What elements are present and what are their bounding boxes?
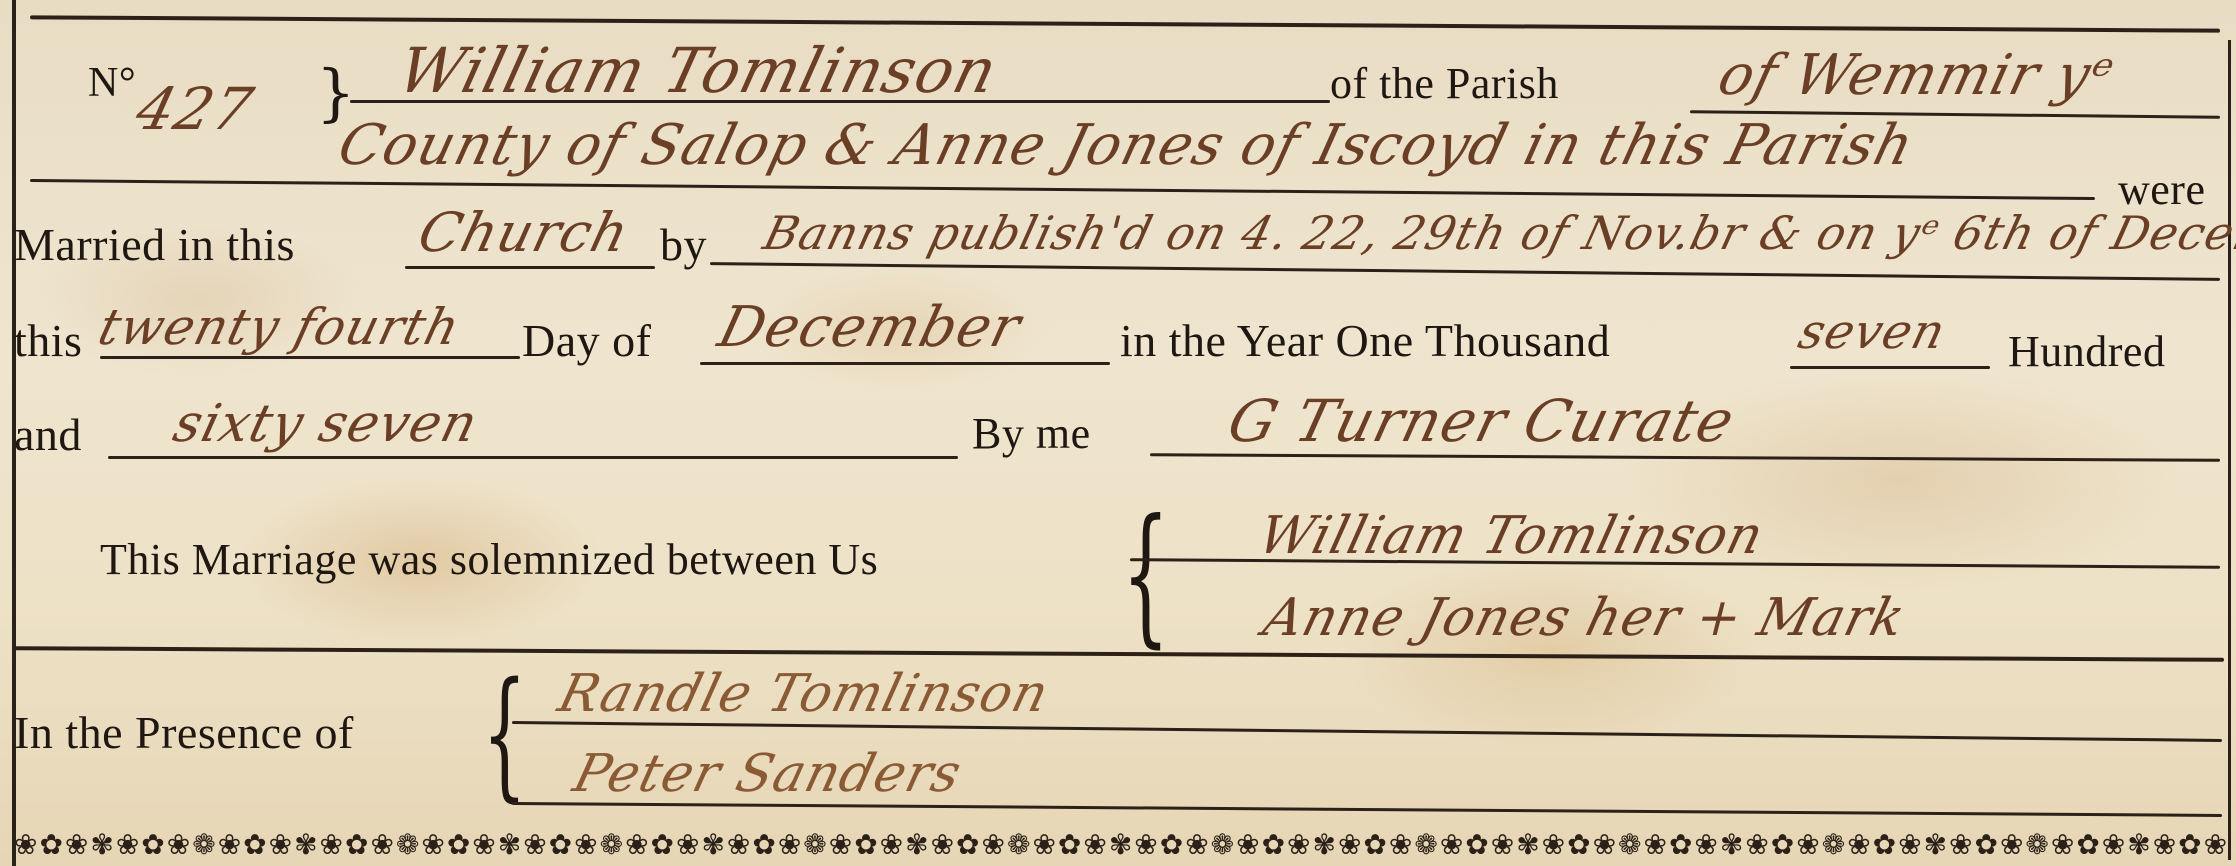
top-rule xyxy=(30,15,2220,32)
banns-line xyxy=(710,262,2220,281)
groom-parish: of Wemmir yᵉ xyxy=(1713,48,2119,104)
witness-2: Peter Sanders xyxy=(569,748,967,800)
by-me-label: By me xyxy=(972,412,1091,456)
married-in-line xyxy=(405,266,655,269)
witness-2-line xyxy=(512,802,2222,817)
groom-name: William Tomlinson xyxy=(392,40,1003,102)
year-label: in the Year One Thousand xyxy=(1120,318,1610,364)
banns-value: Banns publish'd on 4. 22, 29th of Nov.br… xyxy=(759,210,2236,256)
year-tail-line xyxy=(108,456,958,459)
day-line xyxy=(100,356,520,359)
year-tail-value: sixty seven xyxy=(169,398,484,450)
married-in-label: Married in this xyxy=(14,222,295,268)
groom-name-line xyxy=(350,100,1330,103)
day-value: twenty fourth xyxy=(94,302,465,352)
right-margin-rule xyxy=(2228,40,2231,860)
month-value: December xyxy=(713,300,1026,356)
day-of-label: Day of xyxy=(522,318,651,364)
witness-1: Randle Tomlinson xyxy=(554,668,1055,720)
register-page: N° 427 } William Tomlinson of the Parish… xyxy=(0,0,2236,866)
and-label: and xyxy=(14,412,82,458)
entry-number-label: N° xyxy=(88,62,136,104)
entry-number: 427 xyxy=(131,80,259,138)
county-and-bride-line: County of Salop & Anne Jones of Iscoyd i… xyxy=(333,118,1919,174)
of-the-parish-label: of the Parish xyxy=(1330,62,1559,106)
this-label: this xyxy=(14,318,82,364)
signature-groom: William Tomlinson xyxy=(1254,510,1769,562)
witness-1-line xyxy=(512,721,2222,742)
hundreds-line xyxy=(1790,366,1990,369)
by-label: by xyxy=(660,222,707,268)
married-in-value: Church xyxy=(413,206,634,260)
witness-brace: { xyxy=(482,665,527,805)
ornament-border: ❀✿❀✾❀✿❀❁❀✿❀✾❀✿❀❁❀✿❀✾❀✿❀❁❀✿❀✾❀✿❀❁❀✿❀✾❀✿❀❁… xyxy=(14,826,2228,866)
section-divider-rule xyxy=(14,646,2224,662)
hundreds-value: seven xyxy=(1794,308,1950,356)
signature-bride: Anne Jones her + Mark xyxy=(1259,592,1911,644)
officiant-value: G Turner Curate xyxy=(1223,392,1741,450)
solemnized-label: This Marriage was solemnized between Us xyxy=(100,538,878,582)
line2-rule xyxy=(30,179,2095,200)
month-line xyxy=(700,362,1110,365)
signature-brace: { xyxy=(1122,500,1170,650)
presence-label: In the Presence of xyxy=(14,710,354,756)
hundred-label: Hundred xyxy=(2008,330,2165,374)
